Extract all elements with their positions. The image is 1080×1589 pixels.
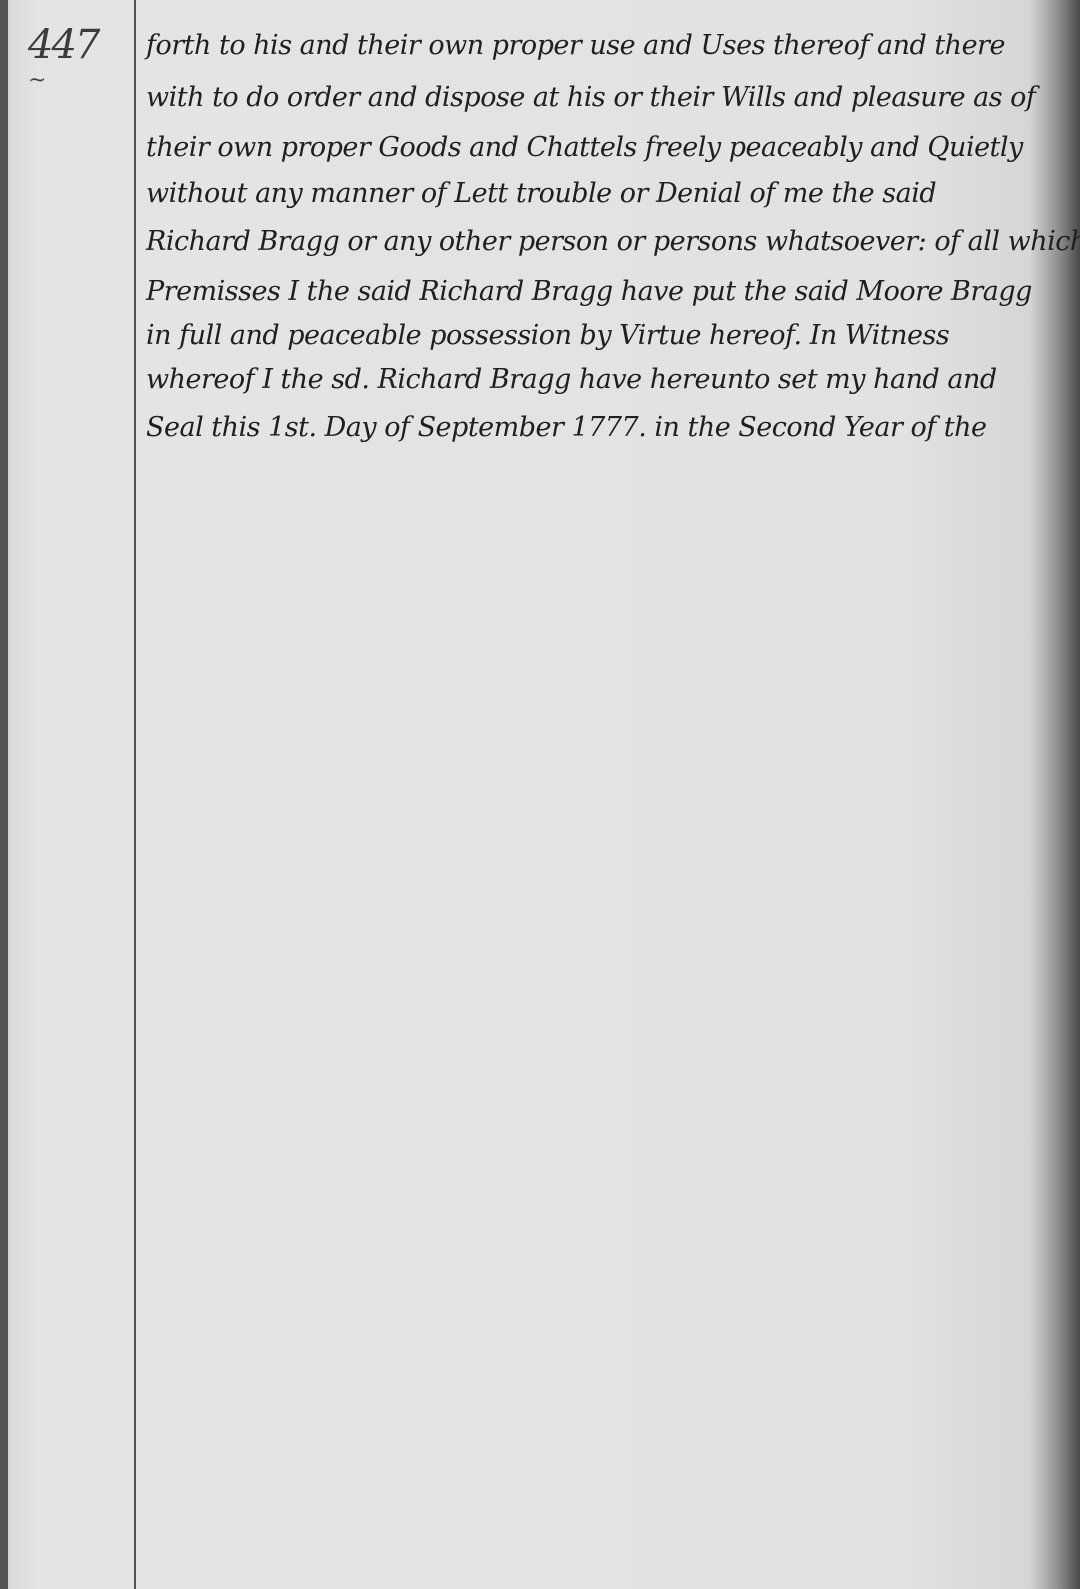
ledger-page: 447 ~ forth to his and their own proper …	[0, 0, 1080, 1589]
deed-line: without any manner of Lett trouble or De…	[146, 178, 936, 209]
deed-line: in full and peaceable possession by Virt…	[146, 320, 949, 351]
deed-line: with to do order and dispose at his or t…	[146, 82, 1035, 113]
page-number-flourish: ~	[28, 68, 46, 93]
deed-line: Seal this 1st. Day of September 1777. in…	[146, 412, 987, 443]
deed-line: Richard Bragg or any other person or per…	[146, 226, 1080, 257]
page-number: 447	[28, 22, 98, 68]
margin-rule	[134, 0, 136, 1589]
deed-line: forth to his and their own proper use an…	[146, 30, 1005, 61]
deed-line: their own proper Goods and Chattels free…	[146, 132, 1023, 163]
page-binding-edge	[0, 0, 8, 1589]
deed-line: whereof I the sd. Richard Bragg have her…	[146, 364, 997, 395]
deed-line: Premisses I the said Richard Bragg have …	[146, 276, 1032, 307]
